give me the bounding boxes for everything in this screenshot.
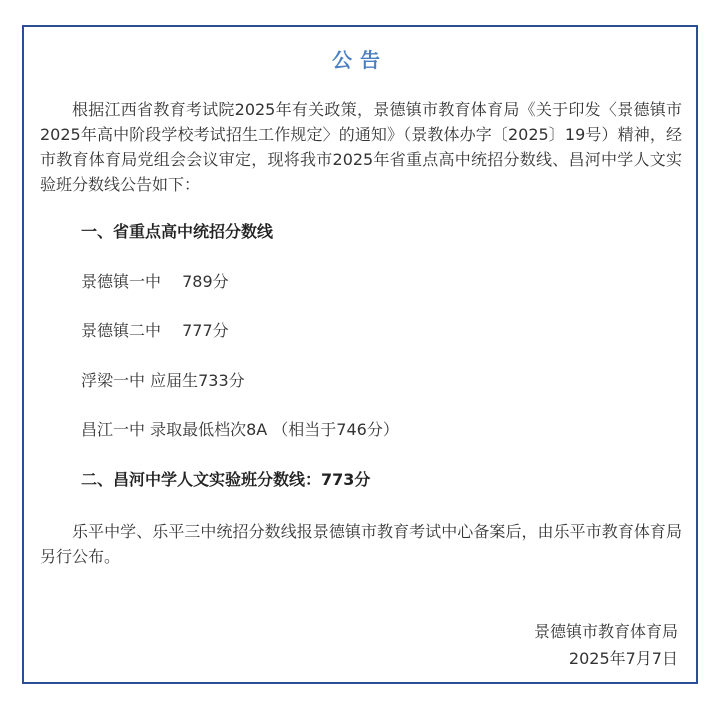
score-item: 昌江一中 录取最低档次8A （相当于746分） [81,419,399,441]
section2-heading: 二、昌河中学人文实验班分数线：773分 [81,469,370,491]
intro-paragraph: 根据江西省教育考试院2025年有关政策，景德镇市教育体育局《关于印发〈景德镇市2… [40,97,682,197]
score-item: 景德镇一中 789分 [81,271,229,293]
signature: 景德镇市教育体育局 [534,619,678,642]
notice-frame: 公告 根据江西省教育考试院2025年有关政策，景德镇市教育体育局《关于印发〈景德… [22,25,698,684]
score-item: 浮梁一中 应届生733分 [81,370,245,392]
note-paragraph: 乐平中学、乐平三中统招分数线报景德镇市教育考试中心备案后，由乐平市教育体育局另行… [40,519,682,569]
section1-heading: 一、省重点高中统招分数线 [81,221,273,243]
date: 2025年7月7日 [569,646,678,669]
score-item: 景德镇二中 777分 [81,320,229,342]
notice-title: 公告 [24,44,696,73]
